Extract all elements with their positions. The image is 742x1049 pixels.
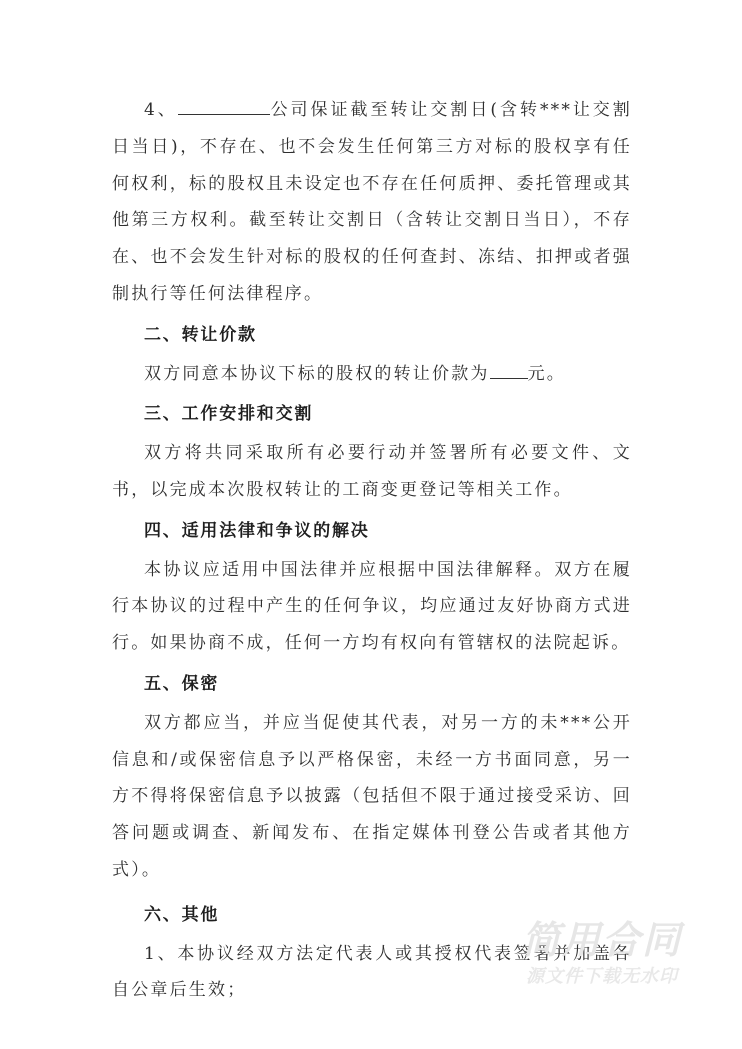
miscellaneous-paragraph: 1、本协议经双方法定代表人或其授权代表签署并加盖各自公章后生效；	[112, 936, 632, 1010]
price-amount-blank	[490, 364, 528, 379]
section-heading-work-arrangement: 三、工作安排和交割	[112, 396, 632, 433]
transfer-price-paragraph: 双方同意本协议下标的股权的转让价款为元。	[112, 356, 632, 393]
confidentiality-paragraph: 双方都应当，并应当促使其代表，对另一方的未***公开信息和/或保密信息予以严格保…	[112, 705, 632, 889]
clause-4-paragraph: 4、公司保证截至转让交割日(含转***让交割日当日)，不存在、也不会发生任何第三…	[112, 92, 632, 313]
work-arrangement-paragraph: 双方将共同采取所有必要行动并签署所有必要文件、文书，以完成本次股权转让的工商变更…	[112, 435, 632, 509]
transfer-price-unit: 元。	[528, 364, 566, 384]
section-heading-confidentiality: 五、保密	[112, 666, 632, 703]
transfer-price-text: 双方同意本协议下标的股权的转让价款为	[144, 364, 490, 384]
document-page: 4、公司保证截至转让交割日(含转***让交割日当日)，不存在、也不会发生任何第三…	[112, 92, 632, 1009]
section-heading-miscellaneous: 六、其他	[112, 897, 632, 934]
section-heading-governing-law: 四、适用法律和争议的解决	[112, 513, 632, 550]
section-heading-transfer-price: 二、转让价款	[112, 317, 632, 354]
clause-4-number: 4、	[144, 100, 178, 120]
governing-law-paragraph: 本协议应适用中国法律并应根据中国法律解释。双方在履行本协议的过程中产生的任何争议…	[112, 552, 632, 662]
party-name-blank	[178, 100, 270, 115]
clause-4-text: 公司保证截至转让交割日(含转***让交割日当日)，不存在、也不会发生任何第三方对…	[112, 100, 632, 304]
